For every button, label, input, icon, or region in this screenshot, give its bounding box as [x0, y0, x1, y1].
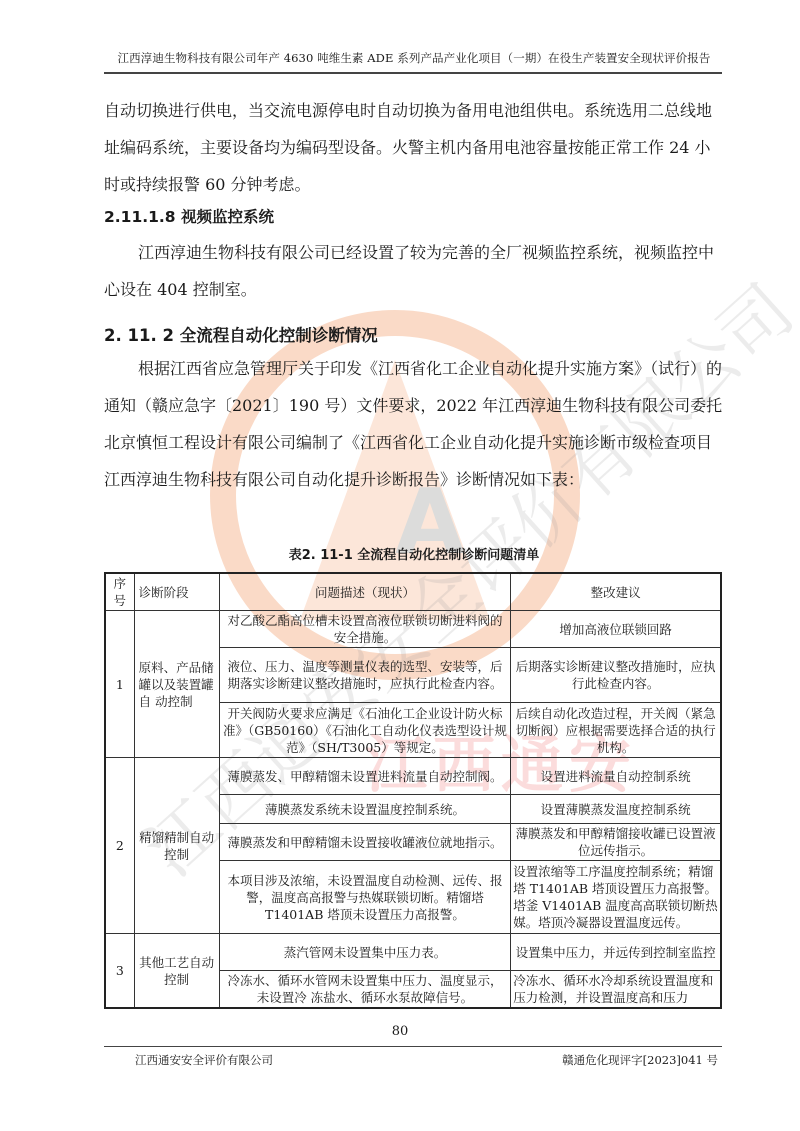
row-issue: 液位、压力、温度等测量仪表的选型、安装等，后期落实诊断建议整改措施时，应执行此检… — [219, 648, 511, 703]
heading-video-surveillance: 2.11.1.8 视频监控系统 — [104, 205, 274, 227]
row-issue: 本项目涉及浓缩，未设置温度自动检测、远传、报警，温度高高报警与热媒联锁切断。精馏… — [219, 861, 511, 934]
running-header: 江西淳迪生物科技有限公司年产 4630 吨维生素 ADE 系列产品产业化项目（一… — [104, 50, 724, 66]
paragraph-fire-alarm-power: 自动切换进行供电，当交流电源停电时自动切换为备用电池组供电。系统选用二总线地址编… — [104, 92, 724, 203]
row-issue: 开关阀防火要求应满足《石油化工企业设计防火标准》（GB50160）《石油化工自动… — [219, 703, 511, 758]
table-row: 2 精馏精制自动控制 薄膜蒸发、甲醇精馏未设置进料流量自动控制阀。 设置进料流量… — [105, 758, 721, 795]
footer-divider — [104, 1046, 722, 1047]
row-issue: 薄膜蒸发和甲醇精馏未设置接收罐液位就地指示。 — [219, 824, 511, 861]
row-stage: 精馏精制自动控制 — [134, 758, 219, 934]
row-fix: 冷冻水、循环水冷却系统设置温度和压力检测，并设置温度高和压力 — [511, 971, 721, 1009]
page-number: 80 — [0, 1024, 800, 1039]
table-row: 3 其他工艺自动控制 蒸汽管网未设置集中压力表。 设置集中压力，并远传到控制室监… — [105, 934, 721, 971]
col-header-no: 序号 — [105, 573, 134, 611]
row-stage: 原料、产品储罐以及装置罐自 动控制 — [134, 611, 219, 758]
table-row: 1 原料、产品储罐以及装置罐自 动控制 对乙酸乙酯高位槽未设置高液位联锁切断进料… — [105, 611, 721, 648]
row-no: 2 — [105, 758, 134, 934]
diagnosis-table: 序号 诊断阶段 问题描述（现状） 整改建议 1 原料、产品储罐以及装置罐自 动控… — [104, 572, 722, 1009]
footer-company: 江西通安安全评价有限公司 — [135, 1052, 273, 1068]
row-fix: 薄膜蒸发和甲醇精馏接收罐已设置液位远传指示。 — [511, 824, 721, 861]
row-fix: 设置进料流量自动控制系统 — [511, 758, 721, 795]
row-no: 1 — [105, 611, 134, 758]
row-issue: 薄膜蒸发、甲醇精馏未设置进料流量自动控制阀。 — [219, 758, 511, 795]
row-fix: 设置薄膜蒸发温度控制系统 — [511, 795, 721, 824]
row-no: 3 — [105, 934, 134, 1009]
table-caption: 表2. 11-1 全流程自动化控制诊断问题清单 — [104, 544, 724, 563]
row-fix: 增加高液位联锁回路 — [511, 611, 721, 648]
header-divider — [104, 72, 722, 74]
row-issue: 冷冻水、循环水管网未设置集中压力、温度显示，未设置冷 冻盐水、循环水泵故障信号。 — [219, 971, 511, 1009]
table-header-row: 序号 诊断阶段 问题描述（现状） 整改建议 — [105, 573, 721, 611]
col-header-issue: 问题描述（现状） — [219, 573, 511, 611]
row-issue: 薄膜蒸发系统未设置温度控制系统。 — [219, 795, 511, 824]
row-fix: 后期落实诊断建议整改措施时，应执行此检查内容。 — [511, 648, 721, 703]
row-stage: 其他工艺自动控制 — [134, 934, 219, 1009]
row-fix: 后续自动化改造过程，开关阀（紧急切断阀）应根据需要选择合适的执行机构。 — [511, 703, 721, 758]
row-issue: 对乙酸乙酯高位槽未设置高液位联锁切断进料阀的安全措施。 — [219, 611, 511, 648]
paragraph-diagnosis-text: 根据江西省应急管理厅关于印发《江西省化工企业自动化提升实施方案》（试行）的通知（… — [104, 359, 722, 489]
row-fix: 设置集中压力，并远传到控制室监控 — [511, 934, 721, 971]
paragraph-video-text: 江西淳迪生物科技有限公司已经设置了较为完善的全厂视频监控系统，视频监控中心设在 … — [104, 243, 714, 299]
paragraph-automation-diagnosis: 根据江西省应急管理厅关于印发《江西省化工企业自动化提升实施方案》（试行）的通知（… — [104, 350, 724, 498]
footer-doc-number: 赣通危化现评字[2023]041 号 — [562, 1052, 718, 1068]
col-header-stage: 诊断阶段 — [134, 573, 219, 611]
row-fix: 设置浓缩等工序温度控制系统；精馏塔 T1401AB 塔顶设置压力高报警。塔釜 V… — [511, 861, 721, 934]
paragraph-video-surveillance: 江西淳迪生物科技有限公司已经设置了较为完善的全厂视频监控系统，视频监控中心设在 … — [104, 234, 724, 308]
row-issue: 蒸汽管网未设置集中压力表。 — [219, 934, 511, 971]
heading-automation-diagnosis: 2. 11. 2 全流程自动化控制诊断情况 — [104, 322, 378, 346]
col-header-fix: 整改建议 — [511, 573, 721, 611]
